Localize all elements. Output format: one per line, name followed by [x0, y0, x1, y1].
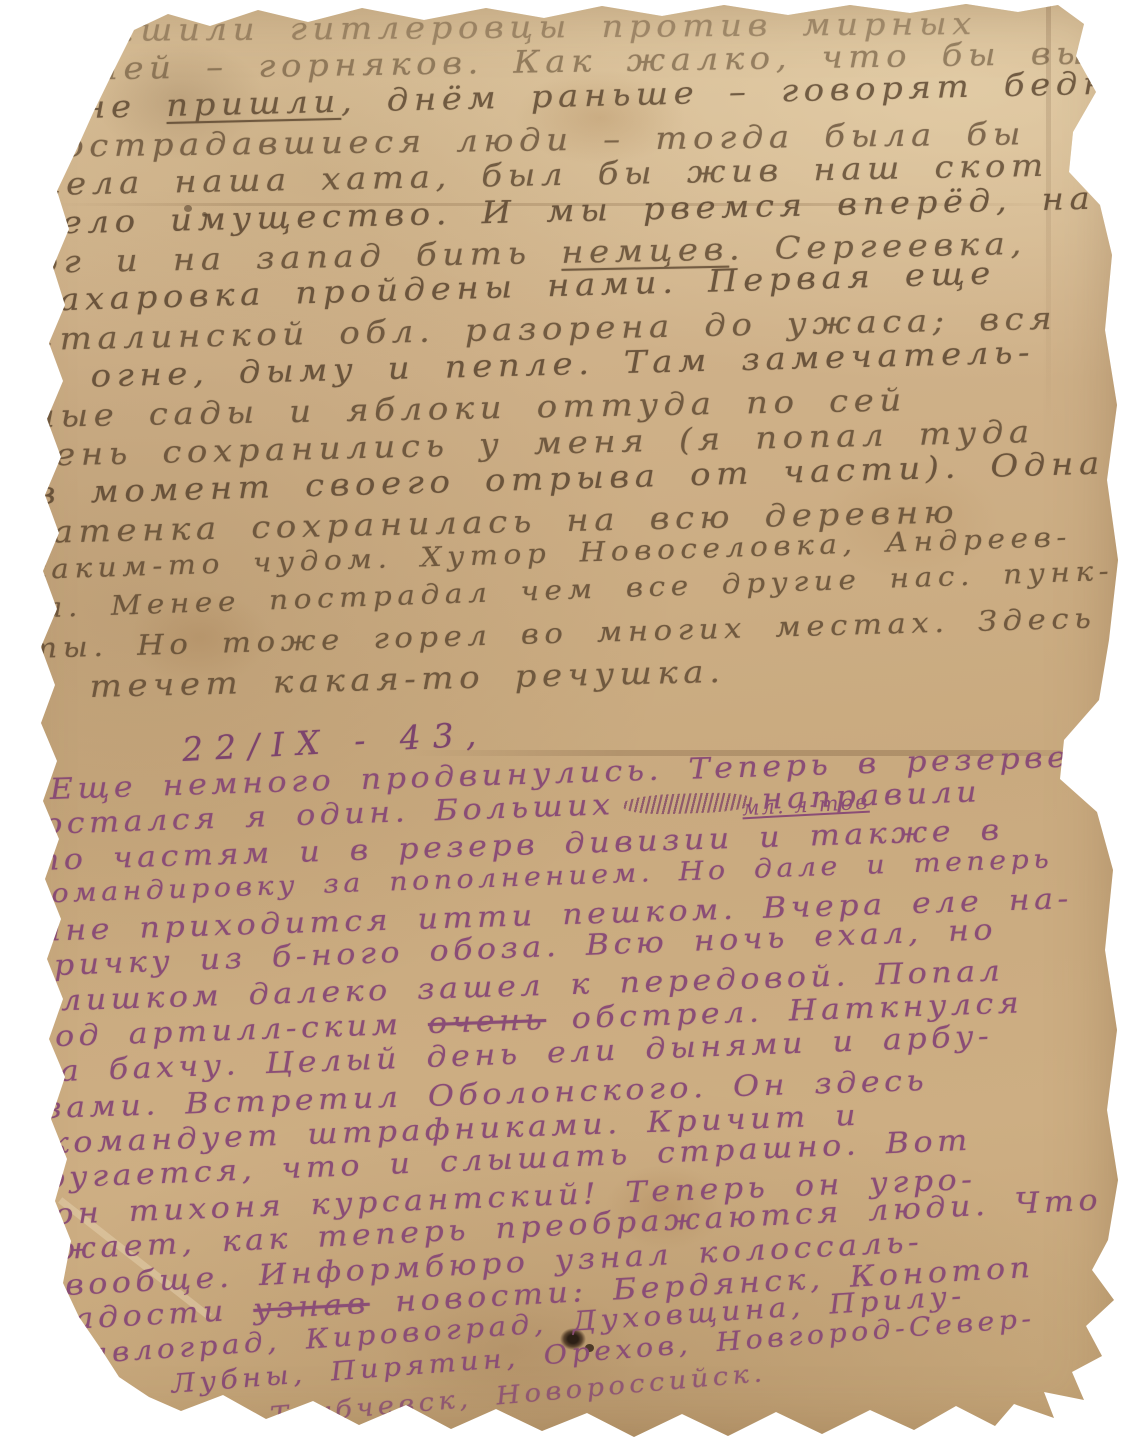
scribbled-out-word: [623, 792, 754, 817]
letter-text-brown-ink: …шили гитлеровцы против мирных …лей – го…: [28, 12, 1121, 707]
scanned-letter: …шили гитлеровцы против мирных …лей – го…: [0, 0, 1121, 1444]
line-segment: не: [82, 88, 166, 126]
letter-paper: …шили гитлеровцы против мирных …лей – го…: [0, 0, 1121, 1444]
struck-word: очень: [427, 1002, 547, 1040]
line-segment: направили: [761, 775, 982, 817]
letter-text-purple-ink: Еще немного продвинулись. Теперь в резер…: [30, 772, 1103, 1444]
underlined-word: пришли: [166, 84, 342, 124]
dirt-speck: [792, 1424, 801, 1432]
